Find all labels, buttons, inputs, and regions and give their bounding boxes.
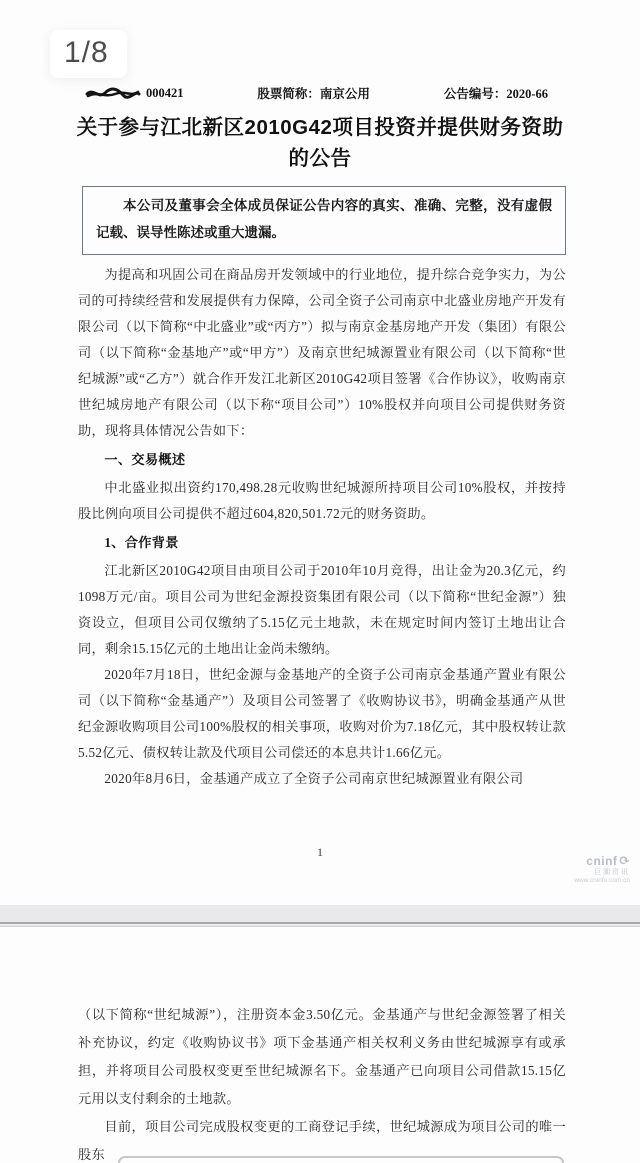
- paragraph-background-1: 江北新区2010G42项目由项目公司于2010年10月竞得，出让金为20.3亿元…: [78, 558, 566, 662]
- cninfo-watermark: cninf⟳ 巨潮资讯 www.cninfo.com.cn: [574, 855, 630, 884]
- circular-arrows-icon: ⟳: [618, 854, 632, 870]
- notice-text: 本公司及董事会全体成员保证公告内容的真实、准确、完整，没有虚假记载、误导性陈述或…: [96, 192, 552, 246]
- paragraph-overview: 中北盛业拟出资约170,498.28元收购世纪城源所持项目公司10%股权，并按持…: [78, 475, 566, 527]
- cninfo-site-url: www.cninfo.com.cn: [574, 877, 630, 884]
- cninfo-brand-text: cninf: [586, 854, 617, 868]
- body-text-page2: （以下简称“世纪城源”），注册资本金3.50亿元。金基通产与世纪金源签署了相关补…: [78, 1001, 566, 1163]
- document-viewer: 1/8 000421 股票简称：南京公用 公告编号：2020-66 关于参与江北…: [0, 0, 640, 1163]
- body-text: 为提高和巩固公司在商品房开发领域中的行业地位，提升综合竞争实力，为公司的可持续经…: [78, 262, 566, 792]
- paragraph-continuation: （以下简称“世纪城源”），注册资本金3.50亿元。金基通产与世纪金源签署了相关补…: [78, 1001, 566, 1113]
- subsection-heading-background: 1、合作背景: [78, 530, 566, 556]
- page-number: 1: [0, 845, 640, 860]
- page-2: （以下简称“世纪城源”），注册资本金3.50亿元。金基通产与世纪金源签署了相关补…: [0, 926, 640, 1163]
- cninfo-brand: cninf⟳: [574, 855, 630, 869]
- announcement-title-line1: 关于参与江北新区2010G42项目投资并提供财务资助: [77, 116, 564, 139]
- paragraph-background-3: 2020年8月6日，金基通产成立了全资子公司南京世纪城源置业有限公司: [78, 766, 566, 792]
- page-separator: [0, 905, 640, 924]
- stock-code-value: 000421: [146, 86, 184, 101]
- announcement-number: 公告编号：2020-66: [444, 84, 548, 102]
- notice-box: 本公司及董事会全体成员保证公告内容的真实、准确、完整，没有虚假记载、误导性陈述或…: [82, 186, 566, 255]
- cninfo-site-name: 巨潮资讯: [574, 869, 630, 877]
- redaction-scribble-icon: [85, 86, 141, 100]
- stock-name: 股票简称：南京公用: [257, 84, 370, 102]
- paragraph-background-2: 2020年7月18日，世纪金源与金基地产的全资子公司南京金基通产置业有限公司（以…: [78, 662, 566, 766]
- announcement-title-line2: 的公告: [289, 147, 352, 170]
- partial-box-top-edge: [118, 1156, 564, 1163]
- stock-code-field: 000421: [85, 86, 184, 101]
- section-heading-overview: 一、交易概述: [78, 447, 566, 473]
- page-indicator: 1/8: [50, 30, 127, 78]
- doc-header: 000421 股票简称：南京公用 公告编号：2020-66: [85, 84, 548, 102]
- paragraph-intro: 为提高和巩固公司在商品房开发领域中的行业地位，提升综合竞争实力，为公司的可持续经…: [78, 262, 566, 444]
- page-1: 1/8 000421 股票简称：南京公用 公告编号：2020-66 关于参与江北…: [0, 0, 640, 905]
- announcement-title: 关于参与江北新区2010G42项目投资并提供财务资助 的公告: [40, 112, 600, 174]
